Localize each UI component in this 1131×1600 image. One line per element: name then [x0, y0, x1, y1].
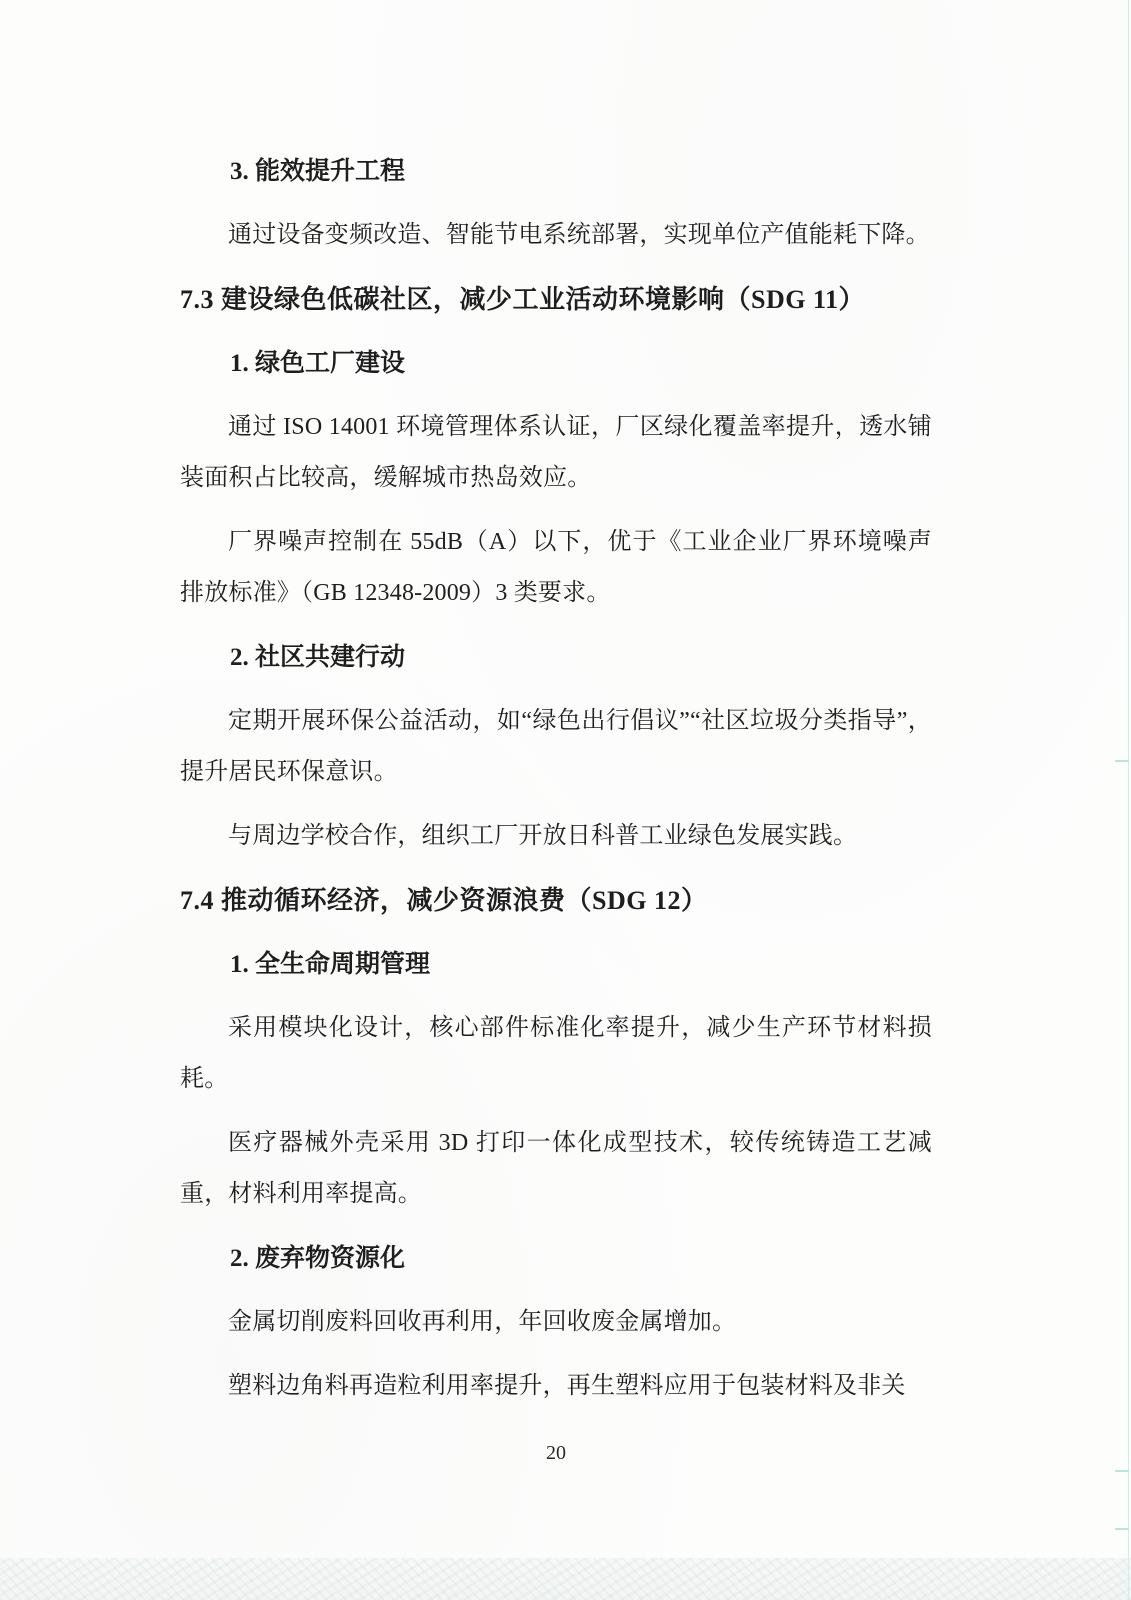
scanner-edge-line — [1128, 0, 1129, 1600]
subsection-heading: 2. 社区共建行动 — [180, 632, 932, 683]
subsection-heading: 2. 废弃物资源化 — [180, 1233, 932, 1284]
scan-noise-bottom-strip — [0, 1558, 1131, 1600]
paragraph: 塑料边角料再造粒利用率提升，再生塑料应用于包装材料及非关 — [180, 1361, 932, 1412]
section-heading: 7.4 推动循环经济，减少资源浪费（SDG 12） — [180, 875, 932, 926]
subsection-heading: 1. 绿色工厂建设 — [180, 338, 932, 389]
subsection-heading: 3. 能效提升工程 — [180, 146, 932, 197]
paragraph: 医疗器械外壳采用 3D 打印一体化成型技术，较传统铸造工艺减重，材料利用率提高。 — [180, 1118, 932, 1220]
paragraph: 采用模块化设计，核心部件标准化率提升，减少生产环节材料损耗。 — [180, 1003, 932, 1105]
paragraph: 金属切削废料回收再利用，年回收废金属增加。 — [180, 1297, 932, 1348]
paragraph: 定期开展环保公益活动，如“绿色出行倡议”“社区垃圾分类指导”，提升居民环保意识。 — [180, 696, 932, 798]
paragraph: 通过设备变频改造、智能节电系统部署，实现单位产值能耗下降。 — [180, 210, 932, 261]
paragraph: 与周边学校合作，组织工厂开放日科普工业绿色发展实践。 — [180, 811, 932, 862]
scanned-document-page: { "page": { "number": "20", "background_… — [0, 0, 1131, 1600]
paragraph: 通过 ISO 14001 环境管理体系认证，厂区绿化覆盖率提升，透水铺装面积占比… — [180, 402, 932, 504]
section-heading: 7.3 建设绿色低碳社区，减少工业活动环境影响（SDG 11） — [180, 274, 932, 325]
subsection-heading: 1. 全生命周期管理 — [180, 939, 932, 990]
document-body: 3. 能效提升工程通过设备变频改造、智能节电系统部署，实现单位产值能耗下降。7.… — [180, 146, 932, 1425]
paragraph: 厂界噪声控制在 55dB（A）以下，优于《工业企业厂界环境噪声排放标准》（GB … — [180, 517, 932, 619]
page-number: 20 — [180, 1442, 932, 1465]
